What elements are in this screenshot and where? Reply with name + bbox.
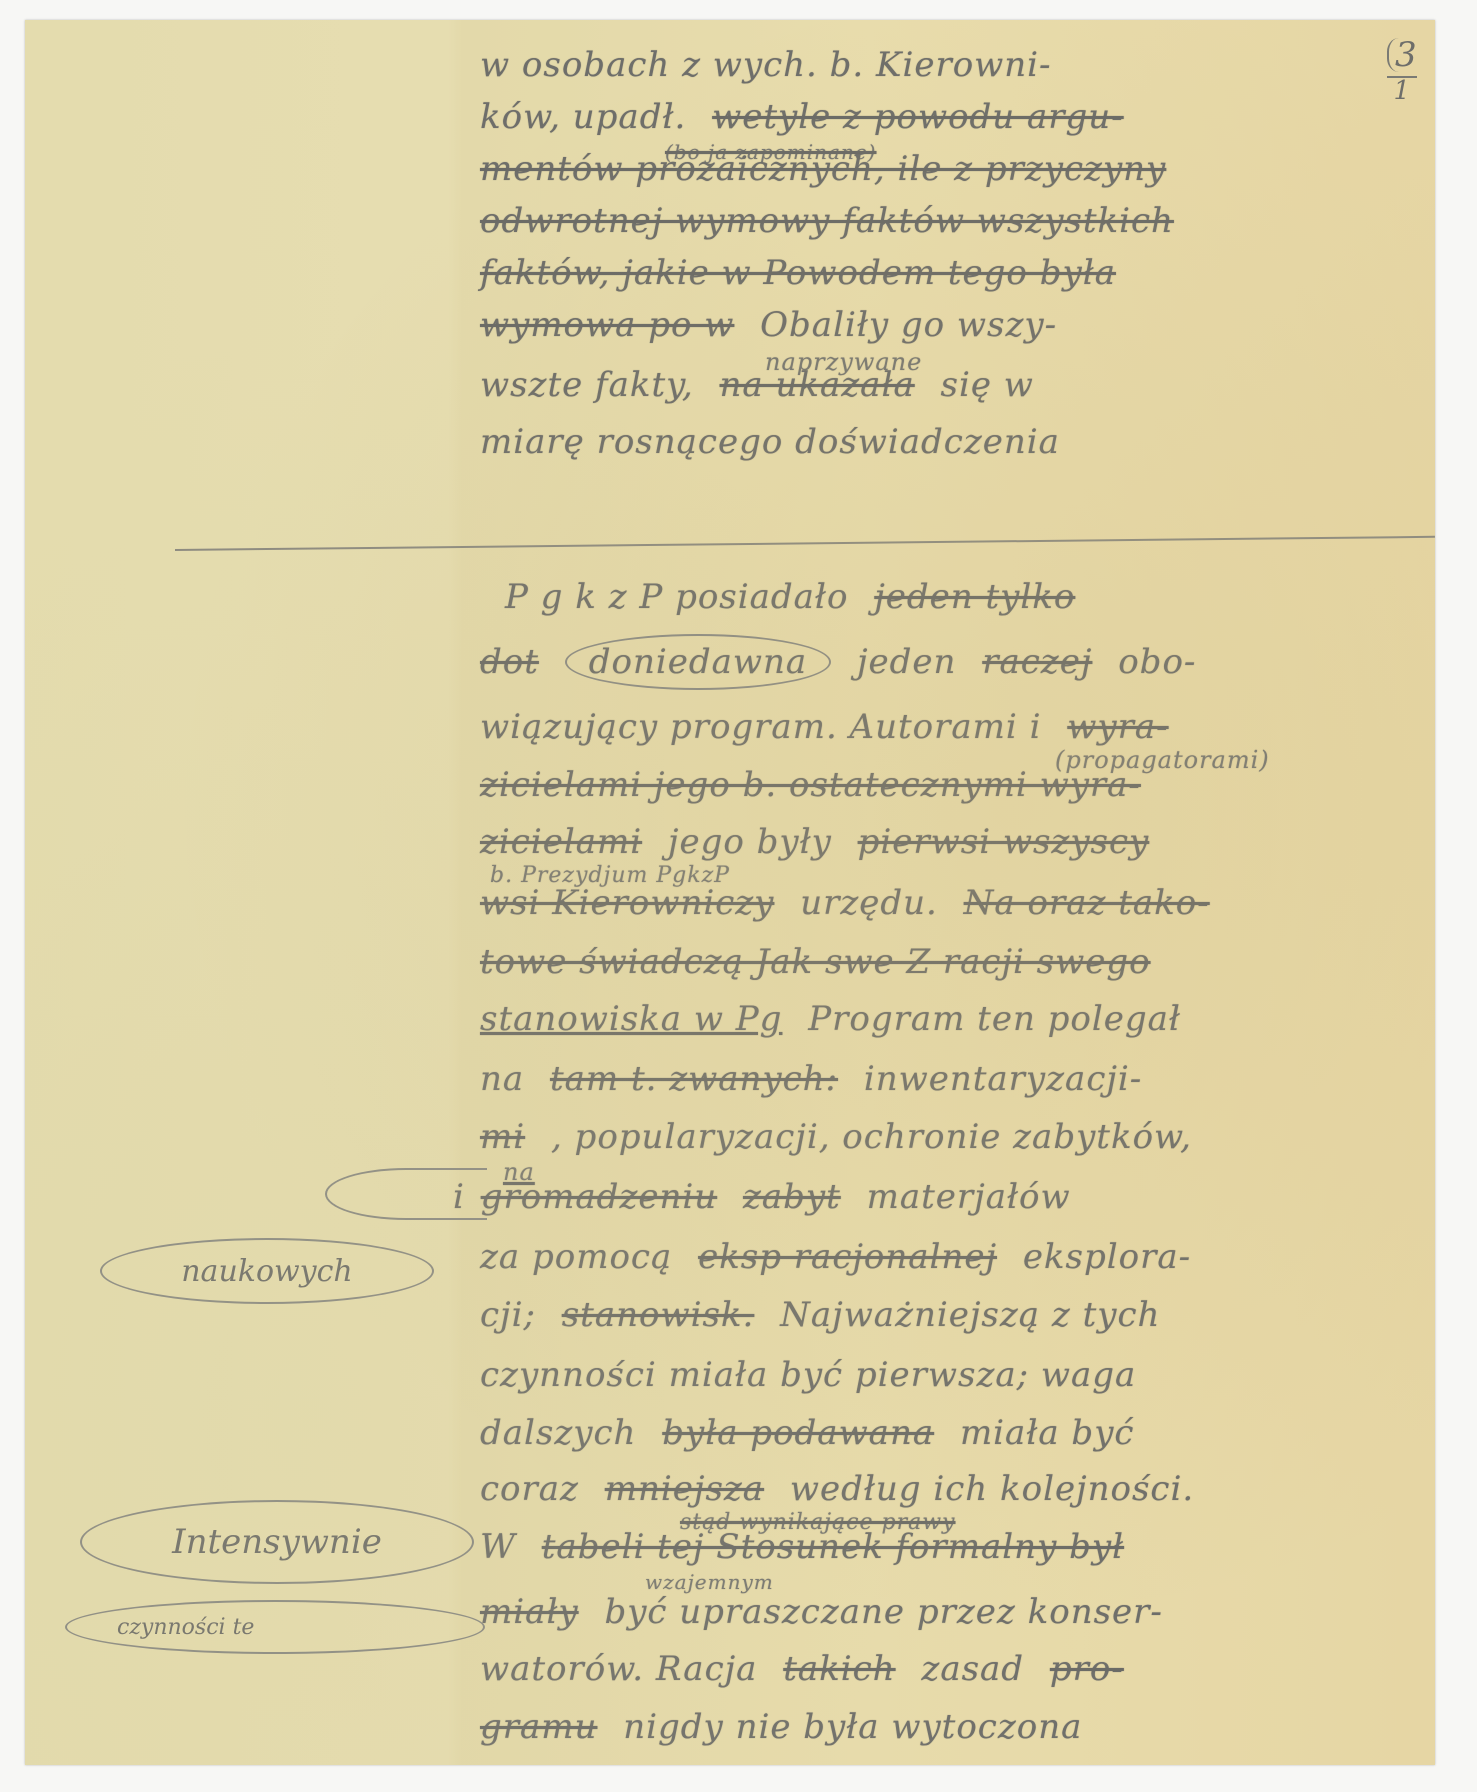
p2-line-12: za pomocą eksp racjonalnej eksplora- bbox=[480, 1240, 1205, 1274]
page-number: 3 1 bbox=[1387, 38, 1417, 104]
p2-line-6: wsi Kierowniczy urzędu. Na oraz tako- bbox=[480, 886, 1224, 920]
p2-insertion-wzajemnym: wzajemnym bbox=[645, 1572, 774, 1592]
p2-line-1: P g k z P posiadało jeden tylko bbox=[505, 580, 1089, 614]
section-divider bbox=[175, 536, 1435, 551]
p2-line-8: stanowiska w Pg Program ten polegał bbox=[480, 1002, 1195, 1036]
manuscript-page: 3 1 w osobach z wych. b. Kierowni- ków, … bbox=[25, 20, 1435, 1765]
margin-loop-i bbox=[325, 1168, 487, 1220]
p1-line-3: mentów prozaicznych, ile z przyczyny bbox=[480, 152, 1180, 186]
p1-line-6: wymowa po w Obaliły go wszy- bbox=[480, 308, 1071, 342]
p1-line-2: ków, upadł. wetyle z powodu argu- bbox=[480, 100, 1138, 134]
p1-line-5: faktów, jakie w Powodem tego była bbox=[480, 256, 1130, 290]
p2-line-20: gramu nigdy nie była wytoczona bbox=[480, 1710, 1096, 1744]
p2-line-7: towe świadczą Jak swe Z racji swego bbox=[480, 945, 1165, 979]
p2-line-5: zicielami jego były pierwsi wszyscy bbox=[480, 825, 1163, 859]
p1-line-1: w osobach z wych. b. Kierowni- bbox=[480, 48, 1066, 82]
margin-note-czynnosci: czynności te bbox=[65, 1600, 485, 1654]
p2-line-11: i gromadzeniu zabyt materjałów bbox=[453, 1180, 1085, 1214]
margin-note-naukowych: naukowych bbox=[100, 1238, 434, 1304]
p1-line-8: miarę rosnącego doświadczenia bbox=[480, 425, 1074, 459]
p1-line-4: odwrotnej wymowy faktów wszystkich bbox=[480, 204, 1188, 238]
circled-word: doniedawna bbox=[565, 634, 831, 690]
p2-line-3: wiązujący program. Autorami i wyra- bbox=[480, 710, 1183, 744]
p2-line-4: zicielami jego b. ostatecznymi wyra- bbox=[480, 768, 1155, 802]
p2-line-18: miały być upraszczane przez konser- bbox=[480, 1595, 1177, 1629]
p1-line-7: wszte fakty, na ukazała się w bbox=[480, 368, 1048, 402]
p2-line-10: mi , popularyzacji, ochronie zabytków, bbox=[480, 1120, 1206, 1154]
margin-note-intensywnie: Intensywnie bbox=[80, 1500, 474, 1584]
p2-line-17: W tabeli tej Stosunek formalny był bbox=[480, 1530, 1138, 1564]
p2-line-9: na tam t. zwanych: inwentaryzacji- bbox=[480, 1062, 1156, 1096]
p2-line-16: coraz mniejsza według ich kolejności. bbox=[480, 1472, 1208, 1506]
p2-line-14: czynności miała być pierwsza; waga bbox=[480, 1358, 1150, 1392]
p2-line-13: cji; stanowisk. Najważniejszą z tych bbox=[480, 1298, 1174, 1332]
p2-line-2: dot doniedawna jeden raczej obo- bbox=[480, 645, 1210, 679]
p2-line-19: watorów. Racja takich zasad pro- bbox=[480, 1652, 1138, 1686]
p2-line-15: dalszych była podawana miała być bbox=[480, 1416, 1148, 1450]
